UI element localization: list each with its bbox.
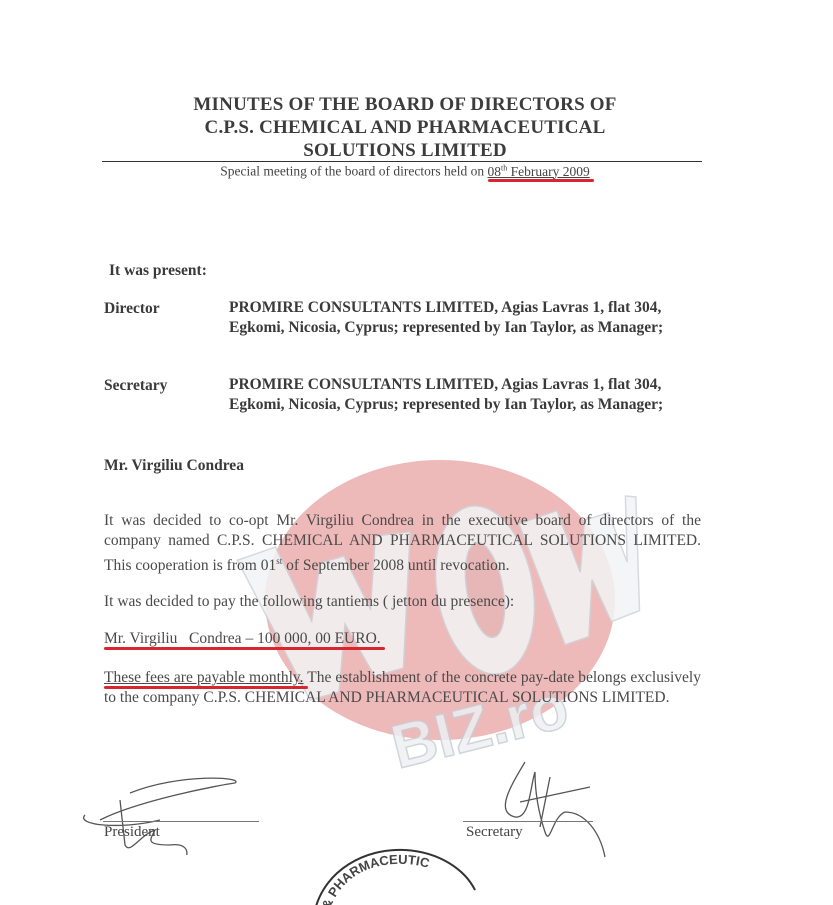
president-signature-line — [103, 821, 259, 822]
stamp-text: & PHARMACEUTIC — [319, 852, 432, 905]
coopted-name: Mr. Virgiliu Condrea — [104, 457, 244, 475]
date-day: 08 — [488, 164, 502, 179]
secretary-signature-line — [463, 821, 593, 822]
paragraph-cooption: It was decided to co-opt Mr. Virgiliu Co… — [104, 511, 701, 576]
payment-line: Mr. Virgiliu Condrea – 100 000, 00 EURO. — [104, 629, 381, 649]
subtitle-prefix: Special meeting of the board of director… — [220, 164, 487, 179]
company-stamp: & PHARMACEUTIC — [305, 830, 485, 905]
attendee-details-director: PROMIRE CONSULTANTS LIMITED, Agias Lavra… — [229, 298, 689, 337]
attendee-role-secretary: Secretary — [104, 377, 167, 395]
president-label: President — [104, 824, 160, 841]
svg-text:& PHARMACEUTIC: & PHARMACEUTIC — [319, 852, 432, 905]
paragraph-cooption-end: of September 2008 until revocation. — [282, 557, 509, 574]
title-line-2: C.P.S. CHEMICAL AND PHARMACEUTICAL — [0, 116, 810, 139]
document-title: MINUTES OF THE BOARD OF DIRECTORS OF C.P… — [0, 93, 810, 162]
paragraph-tantiems: It was decided to pay the following tant… — [104, 592, 701, 612]
secretary-signature — [490, 757, 610, 867]
paragraph-fees: These fees are payable monthly. The esta… — [104, 668, 701, 708]
fees-monthly-highlight: These fees are payable monthly. — [104, 669, 304, 686]
attendee-role-director: Director — [104, 300, 160, 318]
title-line-1: MINUTES OF THE BOARD OF DIRECTORS OF — [0, 93, 810, 116]
president-signature — [80, 765, 240, 855]
meeting-subtitle: Special meeting of the board of director… — [0, 163, 810, 180]
meeting-date: 08th February 2009 — [488, 164, 590, 179]
payment-amount: Mr. Virgiliu Condrea – 100 000, 00 EURO. — [104, 630, 381, 647]
present-heading: It was present: — [109, 262, 207, 280]
date-rest: February 2009 — [507, 164, 589, 179]
title-divider — [102, 161, 702, 162]
attendee-details-secretary: PROMIRE CONSULTANTS LIMITED, Agias Lavra… — [229, 375, 689, 414]
title-line-3: SOLUTIONS LIMITED — [0, 139, 810, 162]
